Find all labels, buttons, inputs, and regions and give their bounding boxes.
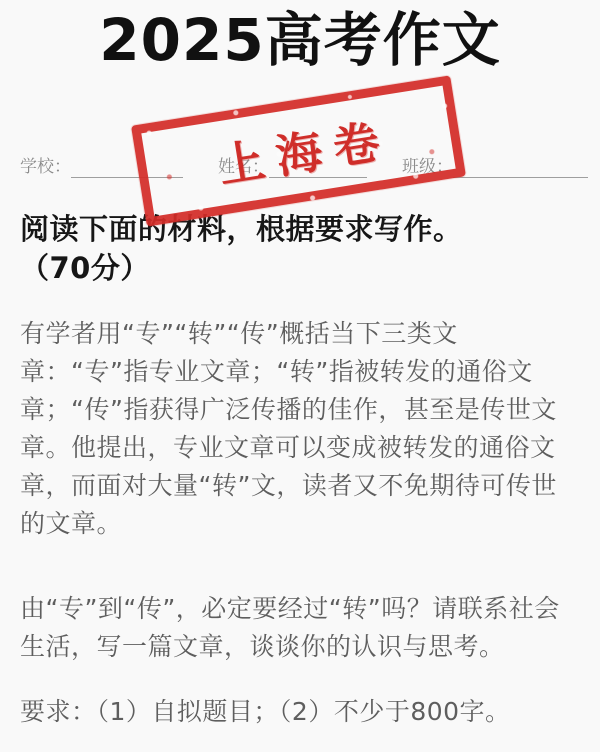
prompt-heading: 阅读下面的材料，根据要求写作。 （70分） (20, 210, 582, 288)
class-blank-line (453, 157, 588, 178)
exam-paper-page: 2025高考作文 上海卷 学校： 姓名： 班级： 阅读下面的材料，根据要求写作。… (0, 0, 600, 752)
stamp-label: 上海卷 (201, 104, 395, 198)
prompt-heading-line2: （70分） (20, 249, 582, 288)
exam-title: 2025高考作文 (0, 0, 600, 80)
essay-prompt-content: 阅读下面的材料，根据要求写作。 （70分） 有学者用“专”“转”“传”概括当下三… (20, 210, 582, 731)
material-paragraph-1: 有学者用“专”“转”“传”概括当下三类文章：“专”指专业文章；“转”指被转发的通… (20, 315, 582, 543)
prompt-heading-line1: 阅读下面的材料，根据要求写作。 (20, 210, 582, 249)
requirements-line: 要求：（1）自拟题目；（2）不少于800字。 (20, 693, 582, 731)
material-paragraph-2: 由“专”到“传”，必定要经过“转”吗？请联系社会生活，写一篇文章，谈谈你的认识与… (20, 590, 582, 666)
school-label: 学校： (20, 156, 71, 178)
shanghai-stamp: 上海卷 (131, 75, 466, 226)
